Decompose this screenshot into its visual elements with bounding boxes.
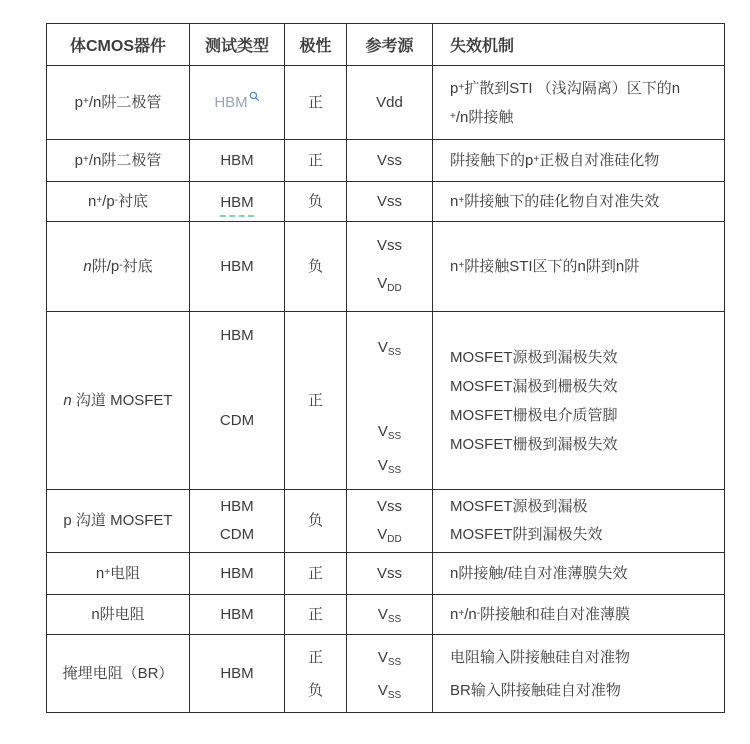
test-type-cell: HBMCDM [190, 312, 285, 489]
test-type-link[interactable]: HBM [214, 88, 259, 117]
mechanism-line: +/n阱接触 [450, 103, 513, 132]
test-type-cell: HBM [190, 595, 285, 634]
table-body: p+/n阱二极管HBM正Vddp+扩散到STI （浅沟隔离）区下的n+/n阱接触… [47, 66, 724, 712]
test-type-cell: HBM [190, 635, 285, 712]
test-type-label: HBM [220, 559, 253, 588]
reference-cell: Vss [347, 140, 433, 181]
table-row: 掩埋电阻（BR）HBM正负VSSVSS电阻输入阱接触硅自对准物BR输入阱接触硅自… [47, 635, 724, 712]
mechanism-line: n阱接触/硅自对准薄膜失效 [450, 559, 628, 588]
device-cell: n阱电阻 [47, 595, 190, 634]
test-type-label: HBM [220, 657, 253, 690]
device-cell: p+/n阱二极管 [47, 140, 190, 181]
reference-cell: Vss [347, 553, 433, 594]
mechanism-line: n+阱接触STI区下的n阱到n阱 [450, 252, 639, 281]
polarity-cell: 正负 [285, 635, 347, 712]
device-label: n+电阻 [96, 559, 140, 588]
polarity-label: 负 [308, 252, 323, 281]
device-cell: n阱/p-衬底 [47, 222, 190, 311]
mechanism-line: MOSFET阱到漏极失效 [450, 521, 603, 549]
test-type-cell: HBM [190, 140, 285, 181]
mechanism-line: 阱接触下的p+正极自对准硅化物 [450, 146, 659, 175]
test-type-label: HBM [220, 190, 253, 217]
reference-cell: Vdd [347, 66, 433, 139]
reference-label: Vdd [376, 88, 403, 117]
reference-cell: VssVDD [347, 490, 433, 552]
reference-label: VSS [378, 674, 401, 707]
polarity-label: 正 [308, 146, 323, 175]
mechanism-line: p+扩散到STI （浅沟隔离）区下的n [450, 74, 680, 103]
test-type-label: HBM [220, 493, 253, 521]
column-header-1: 测试类型 [190, 24, 285, 65]
reference-label: VSS [378, 417, 401, 446]
reference-label: Vss [377, 146, 402, 175]
polarity-label: 正 [308, 88, 323, 117]
cmos-esd-failure-table: 体CMOS器件测试类型极性参考源失效机制 p+/n阱二极管HBM正Vddp+扩散… [46, 23, 725, 713]
polarity-label: 负 [308, 507, 323, 535]
mechanism-line: MOSFET源极到漏极 [450, 493, 588, 521]
column-header-3: 参考源 [347, 24, 433, 65]
mechanism-line: MOSFET栅极到漏极失效 [450, 430, 618, 459]
polarity-cell: 负 [285, 222, 347, 311]
polarity-label: 正 [308, 386, 323, 415]
table-header-row: 体CMOS器件测试类型极性参考源失效机制 [47, 24, 724, 66]
test-type-cell: HBM [190, 66, 285, 139]
polarity-cell: 正 [285, 595, 347, 634]
mechanism-cell: 电阻输入阱接触硅自对准物BR输入阱接触硅自对准物 [433, 635, 724, 712]
test-type-cell: HBM [190, 553, 285, 594]
polarity-cell: 正 [285, 553, 347, 594]
mechanism-line: MOSFET漏极到栅极失效 [450, 372, 618, 401]
device-cell: n 沟道 MOSFET [47, 312, 190, 489]
polarity-label: 负 [308, 674, 323, 707]
table-row: p+/n阱二极管HBM正Vddp+扩散到STI （浅沟隔离）区下的n+/n阱接触 [47, 66, 724, 140]
device-label: n 沟道 MOSFET [63, 386, 172, 415]
reference-label: VDD [377, 269, 401, 298]
mechanism-line: n+/n-阱接触和硅自对准薄膜 [450, 600, 630, 629]
table-row: p+/n阱二极管HBM正Vss阱接触下的p+正极自对准硅化物 [47, 140, 724, 182]
mechanism-cell: p+扩散到STI （浅沟隔离）区下的n+/n阱接触 [433, 66, 724, 139]
reference-label: Vss [377, 559, 402, 588]
test-type-label: HBM [220, 600, 253, 629]
mechanism-line: MOSFET源极到漏极失效 [450, 343, 618, 372]
device-label: p 沟道 MOSFET [63, 507, 172, 535]
reference-label: VDD [377, 521, 401, 549]
device-label: p+/n阱二极管 [75, 146, 162, 175]
reference-cell: VSSVSS [347, 635, 433, 712]
mechanism-cell: n+/n-阱接触和硅自对准薄膜 [433, 595, 724, 634]
table-row: n阱/p-衬底HBM负VssVDDn+阱接触STI区下的n阱到n阱 [47, 222, 724, 312]
test-type-cell: HBM [190, 222, 285, 311]
mechanism-cell: n阱接触/硅自对准薄膜失效 [433, 553, 724, 594]
mechanism-cell: MOSFET源极到漏极MOSFET阱到漏极失效 [433, 490, 724, 552]
device-cell: p 沟道 MOSFET [47, 490, 190, 552]
device-label: n阱/p-衬底 [83, 252, 152, 281]
reference-label: Vss [377, 231, 402, 260]
test-type-cell: HBMCDM [190, 490, 285, 552]
reference-cell: VSS [347, 595, 433, 634]
reference-cell: Vss [347, 182, 433, 221]
table-row: n阱电阻HBM正VSSn+/n-阱接触和硅自对准薄膜 [47, 595, 724, 635]
polarity-cell: 负 [285, 490, 347, 552]
test-type-label: HBM [220, 252, 253, 281]
polarity-cell: 负 [285, 182, 347, 221]
search-icon[interactable] [249, 91, 260, 102]
mechanism-line: BR输入阱接触硅自对准物 [450, 674, 621, 707]
reference-cell: VSSVSSVSS [347, 312, 433, 489]
table-row: n+电阻HBM正Vssn阱接触/硅自对准薄膜失效 [47, 553, 724, 595]
reference-label: VSS [378, 641, 401, 674]
mechanism-line: n+阱接触下的硅化物自对准失效 [450, 187, 659, 216]
reference-label: VSS [378, 600, 401, 629]
mechanism-line: 电阻输入阱接触硅自对准物 [450, 641, 630, 674]
device-cell: 掩埋电阻（BR） [47, 635, 190, 712]
polarity-label: 正 [308, 559, 323, 588]
test-type-label: HBM [220, 146, 253, 175]
test-type-cell: HBM [190, 182, 285, 221]
reference-label: Vss [377, 187, 402, 216]
reference-label: VSS [378, 451, 401, 480]
polarity-cell: 正 [285, 66, 347, 139]
reference-cell: VssVDD [347, 222, 433, 311]
column-header-0: 体CMOS器件 [47, 24, 190, 65]
device-label: p+/n阱二极管 [75, 88, 162, 117]
table-row: n+/p-衬底HBM负Vssn+阱接触下的硅化物自对准失效 [47, 182, 724, 222]
device-label: n+/p-衬底 [88, 187, 148, 216]
device-label: n阱电阻 [91, 600, 144, 629]
device-label: 掩埋电阻（BR） [63, 657, 174, 690]
polarity-cell: 正 [285, 140, 347, 181]
polarity-label: 正 [308, 641, 323, 674]
mechanism-cell: 阱接触下的p+正极自对准硅化物 [433, 140, 724, 181]
device-cell: p+/n阱二极管 [47, 66, 190, 139]
mechanism-line: MOSFET栅极电介质管脚 [450, 401, 618, 430]
test-type-label: CDM [220, 521, 254, 549]
device-cell: n+电阻 [47, 553, 190, 594]
reference-label: Vss [377, 493, 402, 521]
polarity-label: 正 [308, 600, 323, 629]
polarity-label: 负 [308, 187, 323, 216]
polarity-cell: 正 [285, 312, 347, 489]
mechanism-cell: n+阱接触STI区下的n阱到n阱 [433, 222, 724, 311]
test-type-label: HBM [220, 321, 253, 350]
table-row: p 沟道 MOSFETHBMCDM负VssVDDMOSFET源极到漏极MOSFE… [47, 490, 724, 553]
column-header-4: 失效机制 [433, 24, 724, 65]
reference-label: VSS [378, 333, 401, 362]
table-row: n 沟道 MOSFETHBMCDM正VSSVSSVSSMOSFET源极到漏极失效… [47, 312, 724, 490]
mechanism-cell: MOSFET源极到漏极失效MOSFET漏极到栅极失效MOSFET栅极电介质管脚M… [433, 312, 724, 489]
device-cell: n+/p-衬底 [47, 182, 190, 221]
column-header-2: 极性 [285, 24, 347, 65]
test-type-label: CDM [220, 406, 254, 435]
mechanism-cell: n+阱接触下的硅化物自对准失效 [433, 182, 724, 221]
